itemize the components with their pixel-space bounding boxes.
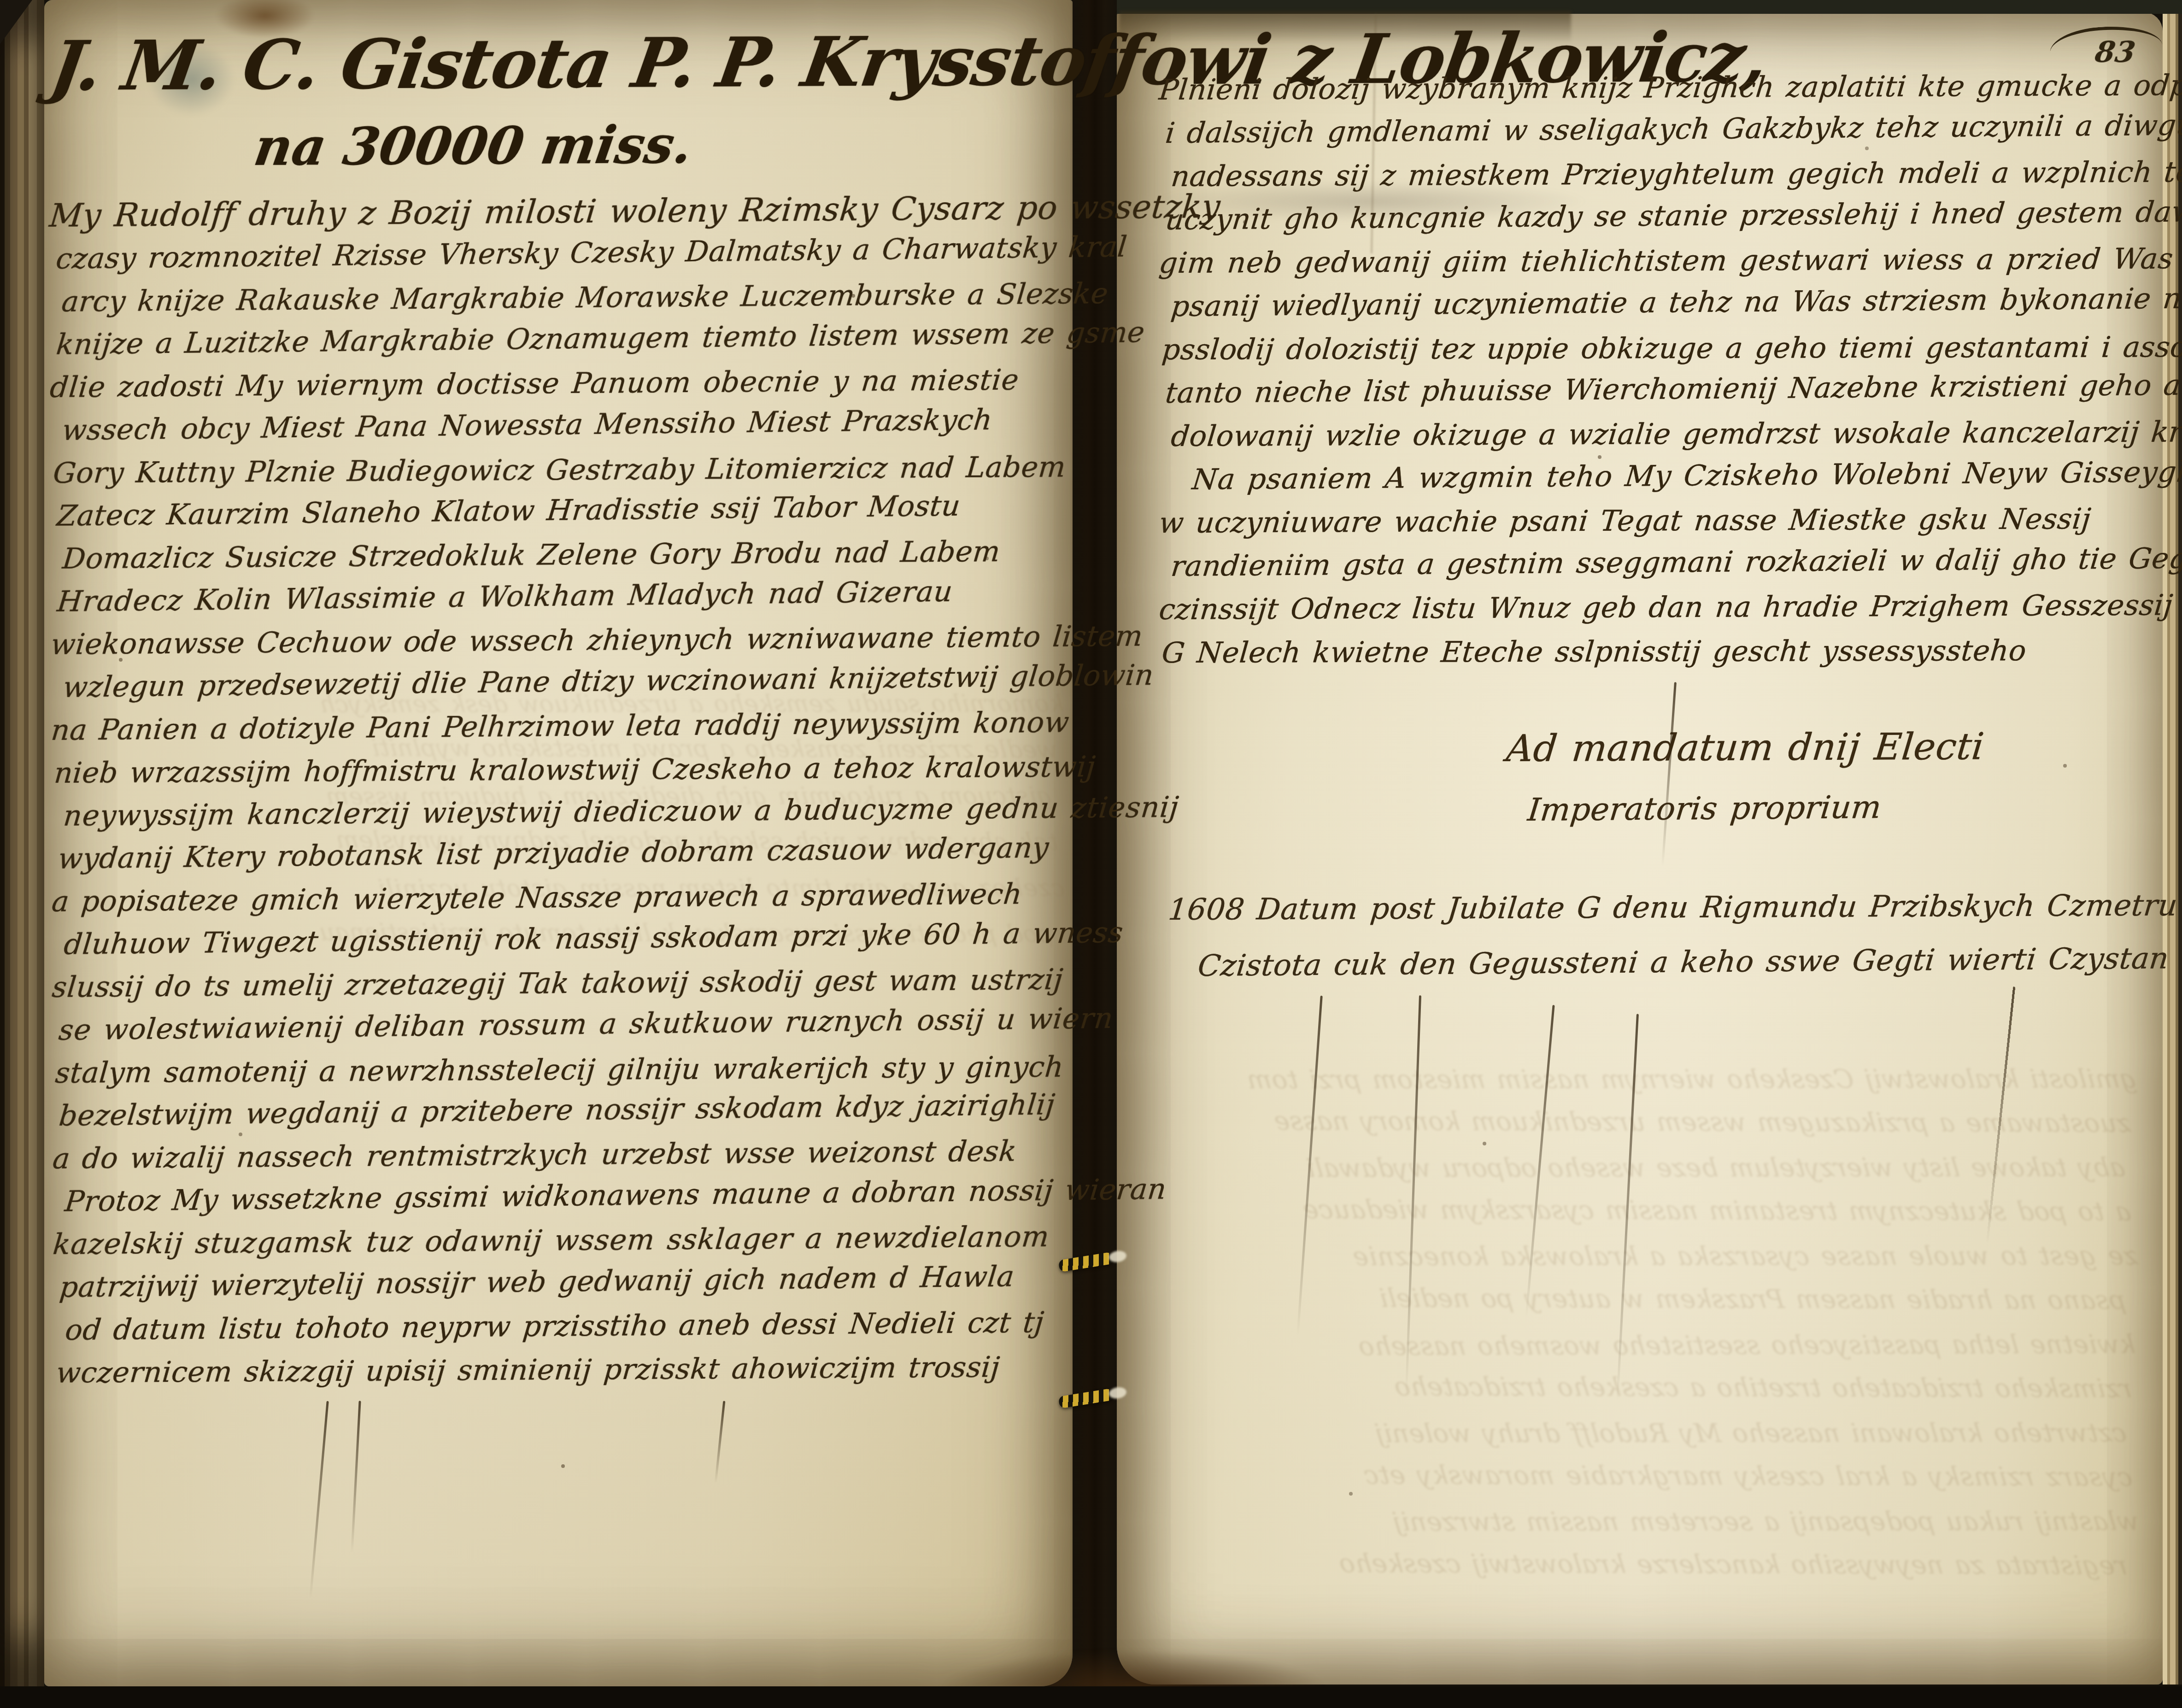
bleedthrough-line: cztwrteho kralowani nasseho My Rudolff d…: [1177, 1411, 2129, 1456]
manuscript-line: Plnieni dolozij wzybranym knijz Przighch…: [1157, 64, 2150, 112]
manuscript-line: i dalssijch gmdlenami w sseligakych Gakz…: [1163, 104, 2151, 155]
manuscript-line: w uczyniuware wachie psani Tegat nasse M…: [1157, 497, 2150, 545]
subscription-line: Imperatoris proprium: [1525, 777, 1987, 842]
manuscript-line: tanto nieche list phuuisse Wierchomienij…: [1163, 364, 2151, 415]
bleedthrough-line: registrata za neywyssiho kanczlerze kral…: [1178, 1541, 2130, 1588]
registration-note: 1608 Datum post Jubilate G denu Rigmundu…: [1168, 883, 2150, 995]
manuscript-line: Na psaniem A wzgmin teho My Cziskeho Wol…: [1190, 451, 2151, 501]
manuscript-line: nieb wrzazssijm hoffmistru kralowstwij C…: [53, 745, 1072, 794]
folio-number: 83: [2093, 35, 2138, 69]
bleedthrough-line: psano na hradie nassem Prazskem w autery…: [1176, 1276, 2129, 1322]
registration-line: Czistota cuk den Gegussteni a keho sswe …: [1195, 932, 2154, 995]
heading-line: na 30000 miss.: [249, 112, 1078, 185]
bleedthrough-line: ze gest to wuole nasse cysarzska a kralo…: [1176, 1234, 2140, 1280]
manuscript-line: na Panien a dotizyle Pani Pelhrzimow let…: [49, 700, 1072, 751]
manuscript-line: od datum listu tohoto neyprw przisstiho …: [64, 1301, 1074, 1351]
manuscript-line: uczynit gho kuncgnie kazdy se stanie prz…: [1163, 190, 2151, 241]
manuscript-scan: { "doc": { "folio_number": "83", "left_p…: [0, 0, 2182, 1708]
manuscript-line: wczernicem skizzgij upisij sminienij prz…: [55, 1345, 1074, 1394]
bleedthrough-line: kwietne letha passtisyceho ssestisteho w…: [1177, 1323, 2137, 1369]
chancery-subscription: Ad mandatum dnij ElectiImperatoris propr…: [1507, 719, 1983, 842]
manuscript-line: nadessans sij z miestkem Przieyghtelum g…: [1169, 151, 2150, 198]
bleedthrough-line: zuostawame a przikazugem wssem urzedniku…: [1175, 1099, 2133, 1145]
right-page-body-text: Plnieni dolozij wzybranym knijz Przighch…: [1159, 68, 2147, 675]
background-bottom-strip: [0, 1686, 2182, 1708]
bleedthrough-line: cysarz rzimsky a kral czesky margkrabie …: [1177, 1453, 2135, 1499]
bleedthrough-line: wlastnij rukau podepsanij a secretem nas…: [1178, 1500, 2141, 1545]
bleedthrough-line: gmilosti kralowstwij Czeskeho wiernym na…: [1175, 1057, 2139, 1103]
bleedthrough-line: aby takowe listy wierzytelum beze wsseho…: [1176, 1146, 2127, 1191]
bleedthrough-line: rzimskeho trzidcateho trzetiho a czeskeh…: [1177, 1364, 2135, 1411]
registration-line: 1608 Datum post Jubilate G denu Rigmundu…: [1166, 879, 2153, 939]
bleedthrough-text-right: gmilosti kralowstwij Czeskeho wiernym na…: [1178, 1057, 2139, 1593]
paper-speckles: [0, 0, 2, 2]
left-page-edge-stack: [0, 0, 44, 1692]
heading-line: J. M. C. Gistota P. P. Krysstoffowi z Lo…: [44, 13, 1080, 116]
left-page-heading: J. M. C. Gistota P. P. Krysstoffowi z Lo…: [52, 18, 1072, 185]
binding-bottom-shadow: [940, 1649, 1327, 1689]
manuscript-line: gim neb gedwanij giim tiehlichtistem ges…: [1157, 237, 2150, 285]
subscription-line: Ad mandatum dnij Electi: [1503, 716, 1987, 781]
manuscript-line: czinssijt Odnecz listu Wnuz geb dan na h…: [1157, 584, 2150, 631]
manuscript-line: G Nelech kwietne Eteche sslpnisstij gesc…: [1160, 628, 2149, 675]
left-page-body-text: My Rudolff druhy z Bozij milosti woleny …: [49, 191, 1072, 1394]
manuscript-line: randieniim gsta a gestnim sseggmani rozk…: [1169, 537, 2151, 588]
manuscript-line: dolowanij wzlie okizuge a wzialie gemdrz…: [1169, 411, 2150, 458]
manuscript-line: psanij wiedlyanij uczyniematie a tehz na…: [1169, 277, 2151, 328]
